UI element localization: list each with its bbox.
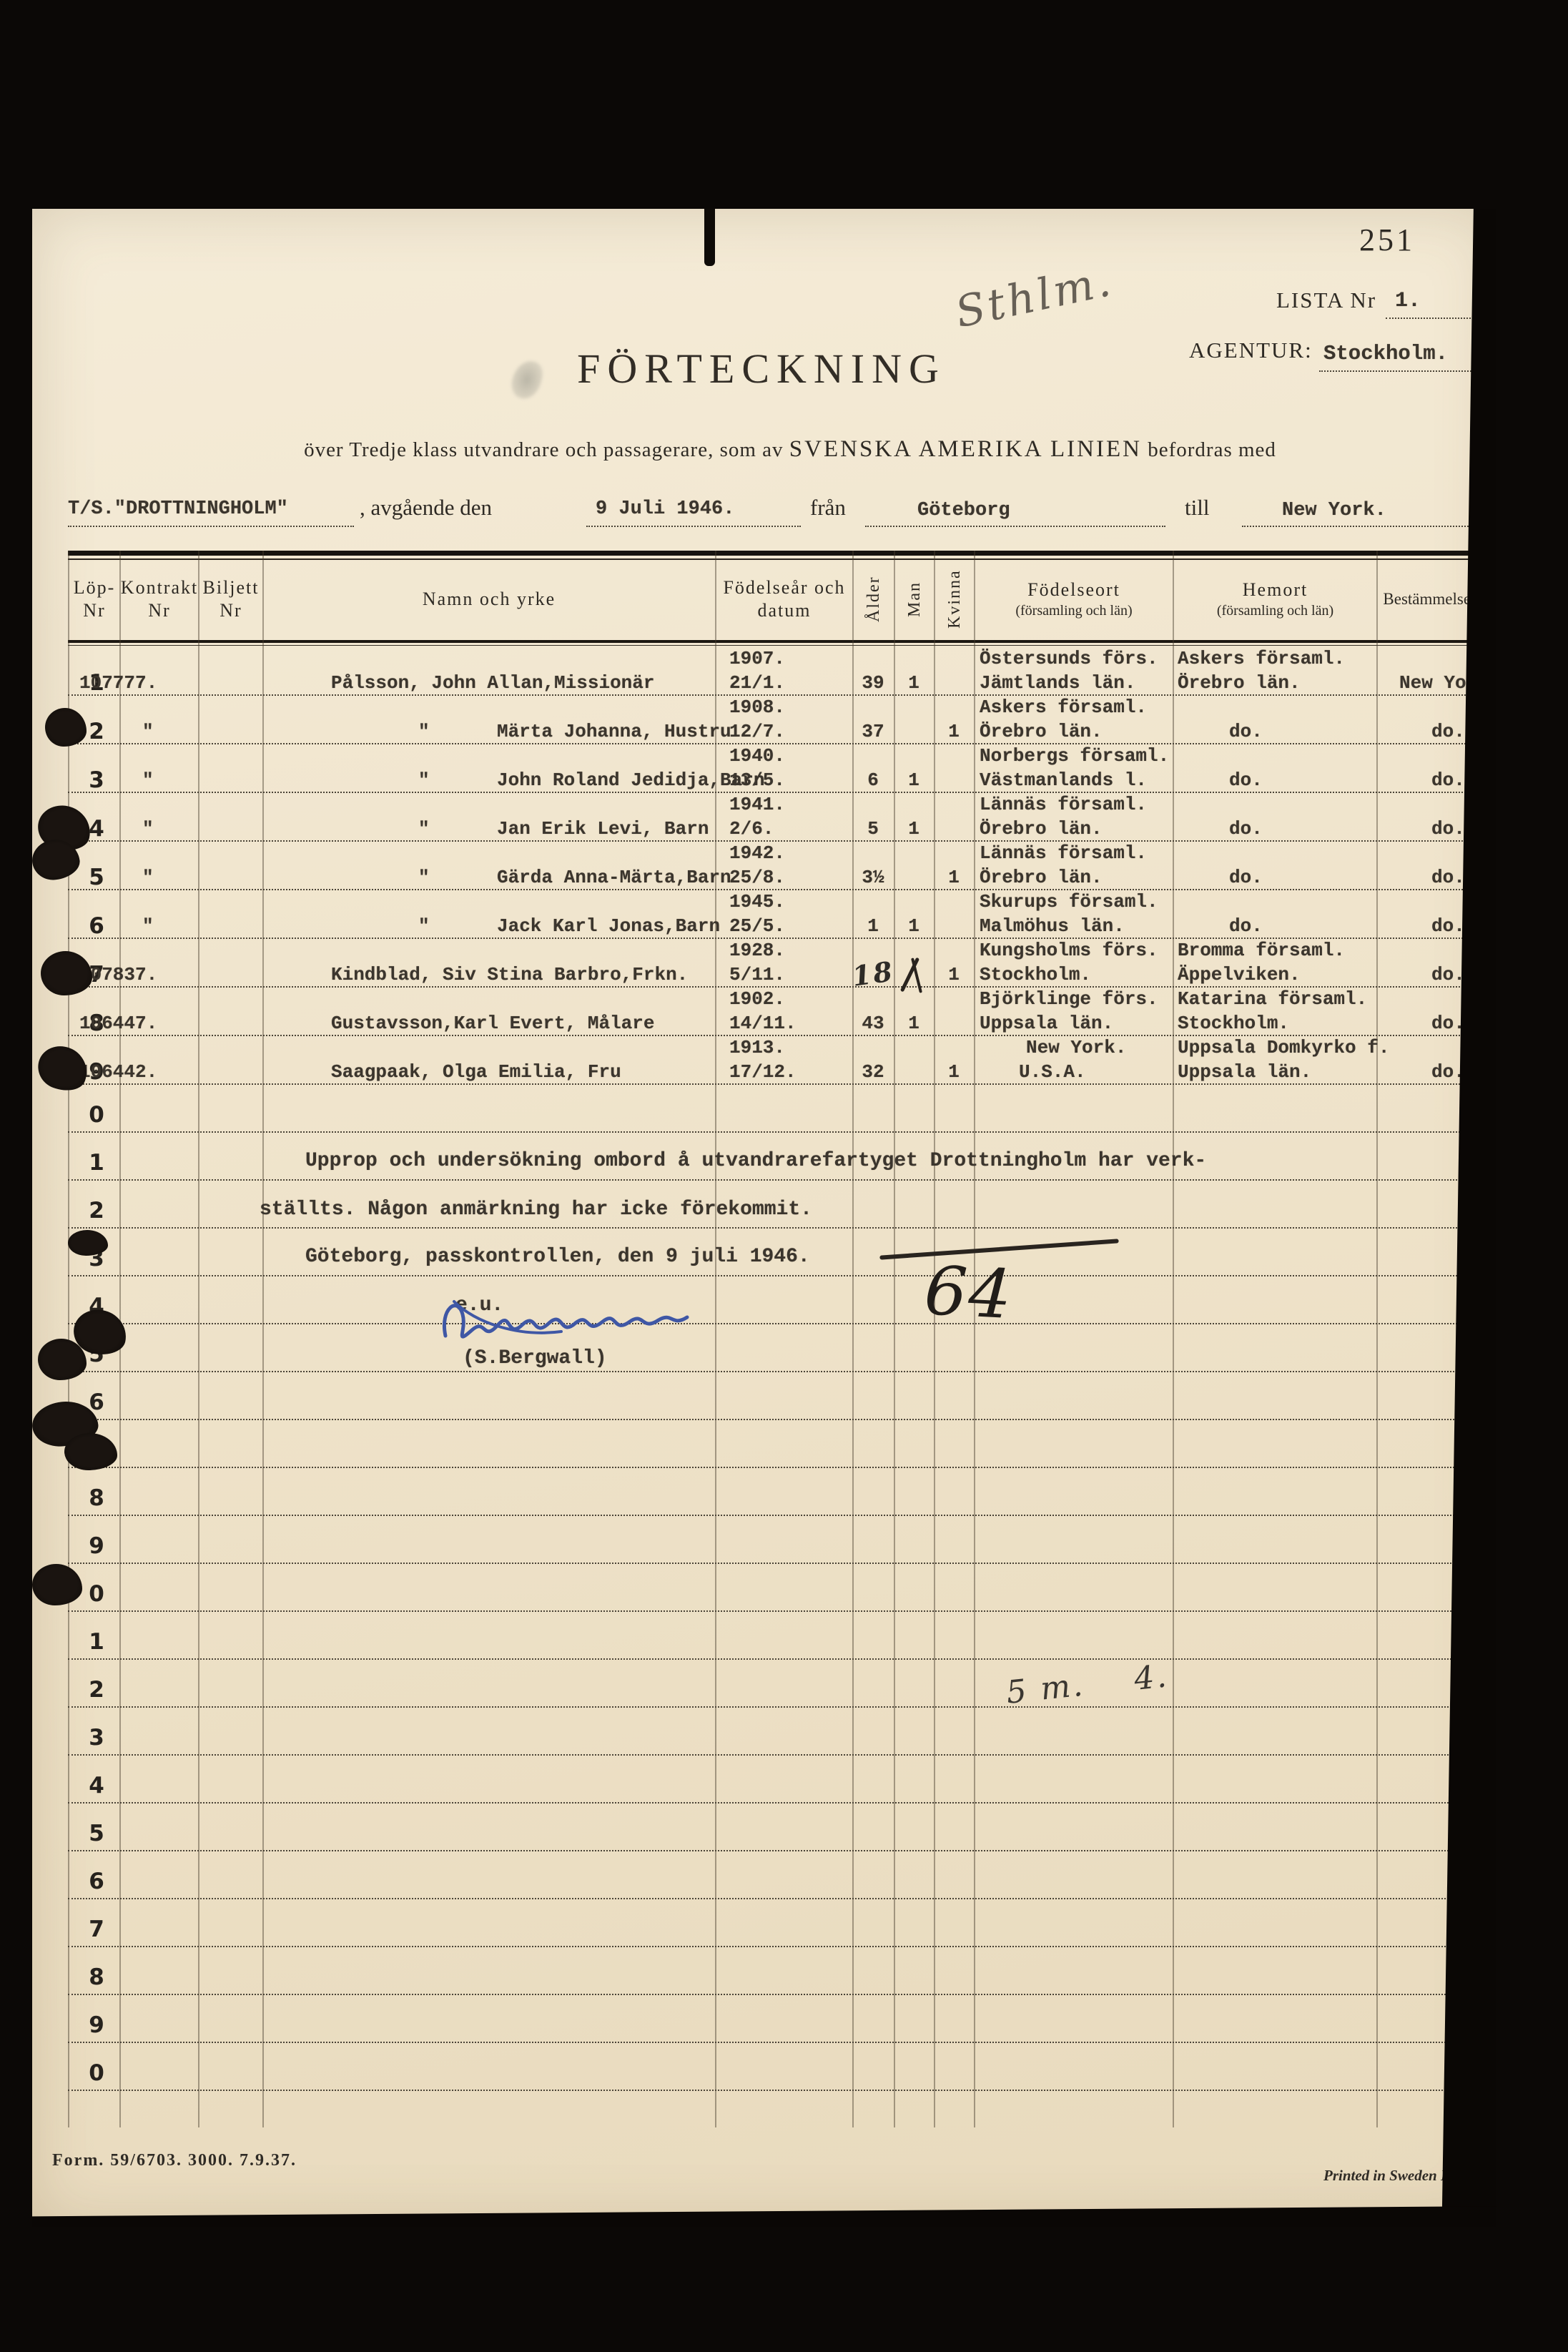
header-fodelseort-sub: (församling och län)	[1015, 602, 1132, 620]
birthplace-county: Uppsala län.	[980, 1012, 1113, 1035]
name-ditto-mark: "	[418, 817, 430, 840]
passenger-table: Löp- Nr Kontrakt Nr Biljett Nr Namn och …	[68, 551, 1494, 2127]
lista-number: 1.	[1395, 289, 1421, 313]
home-county: Örebro län.	[1178, 671, 1301, 694]
subtitle-suffix: befordras med	[1148, 438, 1276, 461]
header-biljett: Biljett Nr	[199, 561, 262, 638]
home-parish: Katarina församl.	[1178, 988, 1367, 1010]
birth-year: 1907.	[729, 647, 785, 670]
age-value: 37	[852, 720, 894, 743]
birth-date: 25/8.	[729, 866, 785, 889]
passenger-row: 2 " " Märta Johanna, Hustru 1908. 12/7. …	[68, 696, 1494, 744]
destination-port: New York.	[1282, 500, 1386, 521]
row-number: 1	[72, 1148, 122, 1177]
row-number: 9	[72, 1532, 122, 1560]
handwritten-total: 64	[922, 1252, 1015, 1334]
birth-year: 1940.	[729, 744, 785, 767]
contract-number: "	[79, 769, 154, 792]
signature-name: (S.Bergwall)	[463, 1347, 607, 1369]
table-top-rule	[68, 551, 1494, 556]
birthplace-county: Västmanlands l.	[980, 769, 1147, 792]
destination-cell: do.	[1399, 915, 1465, 938]
statement-line-1: Upprop och undersökning ombord å utvandr…	[305, 1150, 1206, 1172]
birthplace-county: Örebro län.	[980, 866, 1103, 889]
birthplace-parish: Östersunds förs.	[980, 647, 1158, 670]
passenger-row: 8 106447. Gustavsson,Karl Evert, Målare …	[68, 988, 1494, 1036]
document-title: FÖRTECKNING	[475, 345, 1047, 393]
contract-number: "	[79, 915, 154, 938]
passenger-name: Saagpaak, Olga Emilia, Fru	[331, 1061, 621, 1083]
header-kontrakt: Kontrakt Nr	[121, 561, 198, 638]
home-county: do.	[1178, 866, 1263, 889]
header-kvinna: Kvinna	[935, 561, 974, 638]
row-number: 7	[72, 1915, 122, 1944]
departure-label: , avgående den	[360, 495, 492, 521]
home-county: do.	[1178, 720, 1263, 743]
passenger-name: Märta Johanna, Hustru	[497, 720, 731, 743]
home-county: Uppsala län.	[1178, 1061, 1311, 1083]
row-number: 9	[72, 2011, 122, 2039]
birthplace-parish: Skurups församl.	[980, 890, 1158, 913]
destination-cell: do.	[1399, 769, 1465, 792]
empty-table-row: 8	[68, 1468, 1494, 1516]
table-body: 1 107777. Pålsson, John Allan,Missionär …	[68, 647, 1494, 2091]
header-fodelseort-main: Födelseort	[1027, 579, 1120, 602]
birth-year: 1908.	[729, 696, 785, 719]
man-cell: 1	[894, 817, 934, 840]
page-number: 251	[1359, 222, 1415, 258]
birth-year: 1945.	[729, 890, 785, 913]
destination-cell: do.	[1399, 1012, 1465, 1035]
header-hemort-sub: (församling och län)	[1217, 602, 1333, 620]
contract-number: 107777.	[79, 671, 157, 694]
birth-year: 1942.	[729, 842, 785, 865]
man-cell: 1	[894, 1012, 934, 1035]
birth-date: 2/6.	[729, 817, 774, 840]
ship-name: T/S."DROTTNINGHOLM"	[68, 498, 288, 520]
destination-cell: do.	[1399, 1061, 1465, 1083]
age-value: 43	[852, 1012, 894, 1035]
woman-cell	[934, 817, 974, 840]
passenger-name: Gärda Anna-Märta,Barn	[497, 866, 731, 889]
birthplace-parish: Björklinge förs.	[980, 988, 1158, 1010]
birthplace-parish: Norbergs församl.	[980, 744, 1169, 767]
birth-date: 12/7.	[729, 720, 785, 743]
header-hemort: Hemort (församling och län)	[1174, 561, 1376, 638]
origin-dotted-line	[865, 526, 1165, 527]
age-value: 18	[851, 960, 895, 989]
name-ditto-mark: "	[418, 720, 430, 743]
empty-table-row: 0	[68, 2043, 1494, 2091]
birth-year: 1941.	[729, 793, 785, 816]
header-namn: Namn och yrke	[264, 561, 714, 638]
passenger-row: 6 " " Jack Karl Jonas,Barn 1945. 25/5. 1…	[68, 890, 1494, 939]
empty-table-row: 7	[68, 1420, 1494, 1468]
home-county: Stockholm.	[1178, 1012, 1289, 1035]
document-subtitle: över Tredje klass utvandrare och passage…	[118, 436, 1462, 463]
birth-date: 13/5.	[729, 769, 785, 792]
empty-table-row: 8	[68, 1947, 1494, 1995]
home-parish: Bromma församl.	[1178, 939, 1345, 962]
empty-table-row: 7	[68, 1899, 1494, 1947]
binding-mark	[704, 209, 715, 266]
passenger-row: 5 " " Gärda Anna-Märta,Barn 1942. 25/8. …	[68, 842, 1494, 890]
birthplace-county: Stockholm.	[980, 963, 1091, 986]
empty-table-row: 2	[68, 1660, 1494, 1708]
birth-date: 21/1.	[729, 671, 785, 694]
row-number: 0	[72, 1101, 122, 1129]
destination-cell: do.	[1399, 866, 1465, 889]
woman-cell	[934, 769, 974, 792]
birth-date: 17/12.	[729, 1061, 797, 1083]
home-parish: Uppsala Domkyrko f.	[1178, 1036, 1389, 1059]
birthplace-parish: Kungsholms förs.	[980, 939, 1158, 962]
row-number: 0	[72, 2059, 122, 2087]
birthplace-county: U.S.A.	[980, 1061, 1086, 1083]
man-cell: 1	[894, 915, 934, 938]
home-county: do.	[1178, 817, 1263, 840]
birthplace-county: Jämtlands län.	[980, 671, 1135, 694]
header-alder: Ålder	[854, 561, 894, 638]
empty-table-row: 6	[68, 1372, 1494, 1420]
birth-year: 1913.	[729, 1036, 785, 1059]
row-number: 3	[72, 1723, 122, 1752]
row-number: 2	[72, 1196, 122, 1225]
handwritten-corner-note: Sthlm.	[951, 256, 1118, 338]
passenger-name: Gustavsson,Karl Evert, Målare	[331, 1012, 654, 1035]
birthplace-parish: Lännäs församl.	[980, 793, 1147, 816]
header-fodelseort: Födelseort (församling och län)	[975, 561, 1173, 638]
agentur-label: AGENTUR:	[1189, 338, 1313, 363]
name-ditto-mark: "	[418, 769, 430, 792]
empty-table-row: 9	[68, 1516, 1494, 1564]
woman-cell: 1	[934, 720, 974, 743]
woman-cell: 1	[934, 963, 974, 986]
destination-cell: do.	[1399, 817, 1465, 840]
contract-number: "	[79, 817, 154, 840]
destination-cell: do.	[1399, 720, 1465, 743]
table-top-rule-thin	[68, 559, 1494, 560]
birthplace-county: Örebro län.	[980, 720, 1103, 743]
age-value: 5	[852, 817, 894, 840]
age-value: 3½	[852, 866, 894, 889]
empty-table-row: 4	[68, 1276, 1494, 1324]
birthplace-parish: Lännäs församl.	[980, 842, 1147, 865]
passenger-name: Jack Karl Jonas,Barn	[497, 915, 720, 938]
header-fodelsear: Födelseår och datum	[716, 561, 852, 638]
note-right: 4.	[1133, 1658, 1170, 1698]
destination-dotted-line	[1242, 526, 1496, 527]
row-number: 1	[72, 1628, 122, 1656]
passenger-row: 3 " " John Roland Jedidja,Barn 1940. 13/…	[68, 744, 1494, 793]
man-cell	[894, 963, 934, 986]
row-number: 5	[72, 1819, 122, 1848]
birthplace-parish: Askers församl.	[980, 696, 1147, 719]
home-parish: Askers församl.	[1178, 647, 1345, 670]
age-value: 39	[852, 671, 894, 694]
from-label: från	[810, 495, 846, 521]
row-number: 4	[72, 1771, 122, 1800]
woman-cell: 1	[934, 866, 974, 889]
header-bottom-rule-thin	[68, 645, 1494, 646]
man-cell: 1	[894, 769, 934, 792]
statement-line-3: Göteborg, passkontrollen, den 9 juli 194…	[305, 1246, 810, 1268]
row-number: 6	[72, 1867, 122, 1896]
date-dotted-line	[586, 526, 801, 527]
passenger-name: Kindblad, Siv Stina Barbro,Frkn.	[331, 963, 688, 986]
agentur-dotted-line	[1319, 370, 1496, 372]
woman-cell	[934, 671, 974, 694]
company-name: SVENSKA AMERIKA LINIEN	[789, 436, 1142, 462]
empty-table-row: 0	[68, 1564, 1494, 1612]
birthplace-county: Malmöhus län.	[980, 915, 1125, 938]
woman-cell	[934, 1012, 974, 1035]
name-ditto-mark: "	[418, 915, 430, 938]
contract-number: 106447.	[79, 1012, 157, 1035]
empty-table-row: 4	[68, 1756, 1494, 1804]
form-number: Form. 59/6703. 3000. 7.9.37.	[52, 2151, 297, 2170]
empty-table-row: 0	[68, 1085, 1494, 1133]
birth-date: 14/11.	[729, 1012, 797, 1035]
home-county: do.	[1178, 915, 1263, 938]
origin-port: Göteborg	[917, 500, 1010, 521]
lista-label: LISTA Nr	[1276, 287, 1376, 313]
age-value: 32	[852, 1061, 894, 1083]
home-county: Äppelviken.	[1178, 963, 1301, 986]
paper-sheet: 251 Sthlm. LISTA Nr 1. AGENTUR: Stockhol…	[32, 209, 1496, 2227]
passenger-row: 4 " " Jan Erik Levi, Barn 1941. 2/6. 5 1…	[68, 793, 1494, 842]
empty-table-row: 5	[68, 1804, 1494, 1851]
row-number: 8	[72, 1484, 122, 1512]
contract-number: "	[79, 720, 154, 743]
header-bottom-rule	[68, 640, 1494, 643]
empty-table-row: 6	[68, 1851, 1494, 1899]
passenger-row: 7 107837. Kindblad, Siv Stina Barbro,Frk…	[68, 939, 1494, 988]
scanned-document-page: 251 Sthlm. LISTA Nr 1. AGENTUR: Stockhol…	[0, 0, 1568, 2352]
woman-cell	[934, 915, 974, 938]
to-label: till	[1185, 495, 1209, 521]
empty-table-row: 9	[68, 1995, 1494, 2043]
destination-cell: do.	[1399, 963, 1465, 986]
header-man: Man	[895, 561, 934, 638]
agentur-value: Stockholm.	[1323, 342, 1448, 365]
subtitle-prefix: över Tredje klass utvandrare och passage…	[304, 438, 783, 461]
passenger-name: Pålsson, John Allan,Missionär	[331, 671, 654, 694]
woman-cell: 1	[934, 1061, 974, 1083]
man-cell	[894, 866, 934, 889]
row-number: 8	[72, 1963, 122, 1992]
birth-year: 1928.	[729, 939, 785, 962]
departure-date: 9 Juli 1946.	[596, 498, 734, 520]
row-number: 2	[72, 1676, 122, 1704]
contract-number: 106442.	[79, 1061, 157, 1083]
name-ditto-mark: "	[418, 866, 430, 889]
passenger-name: John Roland Jedidja,Barn	[497, 769, 764, 792]
empty-table-row: 5	[68, 1324, 1494, 1372]
contract-number: "	[79, 866, 154, 889]
header-hemort-main: Hemort	[1243, 579, 1308, 602]
header-lopnr: Löp- Nr	[69, 561, 119, 638]
birth-date: 25/5.	[729, 915, 785, 938]
passenger-row: 1 107777. Pålsson, John Allan,Missionär …	[68, 647, 1494, 696]
passenger-row: 9 106442. Saagpaak, Olga Emilia, Fru 191…	[68, 1036, 1494, 1085]
paper-edge-bottom	[32, 2206, 1496, 2227]
ship-dotted-line	[68, 526, 354, 527]
statement-line-2: ställts. Någon anmärkning har icke förek…	[260, 1199, 812, 1221]
empty-table-row: 1	[68, 1612, 1494, 1660]
birth-date: 5/11.	[729, 963, 785, 986]
age-value: 6	[852, 769, 894, 792]
home-county: do.	[1178, 769, 1263, 792]
man-cell	[894, 1061, 934, 1083]
passenger-name: Jan Erik Levi, Barn	[497, 817, 709, 840]
birthplace-county: Örebro län.	[980, 817, 1103, 840]
age-value: 1	[852, 915, 894, 938]
birthplace-parish: New York.	[980, 1036, 1126, 1059]
man-cell: 1	[894, 671, 934, 694]
empty-table-row: 3	[68, 1708, 1494, 1756]
man-cell	[894, 720, 934, 743]
birth-year: 1902.	[729, 988, 785, 1010]
